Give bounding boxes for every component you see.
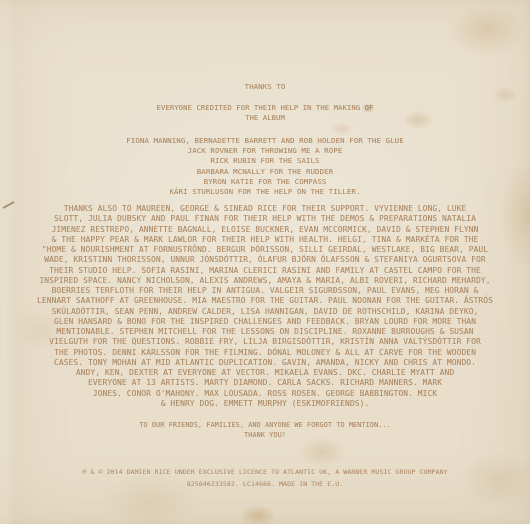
intro-line: THE ALBUM — [0, 113, 530, 123]
closing-line: THANK YOU! — [0, 430, 530, 440]
dedication-block: FIONA MANNING, BERNADETTE BARRETT AND RO… — [0, 136, 530, 197]
closing-block: TO OUR FRIENDS, FAMILIES, AND ANYONE WE … — [0, 420, 530, 440]
thanks-paragraph-line: SKÚLADÓTTIR, SEAN PENN, ANDREW CALDER, L… — [0, 307, 530, 317]
thanks-paragraph-line: JONES. CONOR O'MAHONY. MAX LOUSADA. ROSS… — [0, 389, 530, 399]
thanks-paragraph-line: INSPIRED SPACE. NANCY NICHOLSON, ALEXIS … — [0, 276, 530, 286]
thanks-paragraph-line: BOERRIES TERFLOTH FOR THEIR HELP IN ANTI… — [0, 286, 530, 296]
thanks-paragraph-line: THE PHOTOS. DENNI KARLSSON FOR THE FILMI… — [0, 348, 530, 358]
thanks-paragraph-line: GLEN HANSARD & BONO FOR THE INSPIRED CHA… — [0, 317, 530, 327]
thanks-heading: THANKS TO — [0, 82, 530, 92]
thanks-paragraph: THANKS ALSO TO MAUREEN, GEORGE & SINEAD … — [0, 204, 530, 409]
intro-line: EVERYONE CREDITED FOR THEIR HELP IN THE … — [0, 103, 530, 113]
thanks-paragraph-line: LENNART SAATHOFF AT GREENHOUSE. MIA MAES… — [0, 296, 530, 306]
dedication-line: FIONA MANNING, BERNADETTE BARRETT AND RO… — [0, 136, 530, 146]
thanks-paragraph-line: VIELGUTH FOR THE QUESTIONS. ROBBIE FRY, … — [0, 337, 530, 347]
dedication-line: BARBARA MCNALLY FOR THE RUDDER — [0, 167, 530, 177]
thanks-paragraph-line: SLOTT, JULIA DUBSKY AND PAUL FINAN FOR T… — [0, 214, 530, 224]
fineprint-line: ℗ & © 2014 DAMIEN RICE UNDER EXCLUSIVE L… — [0, 467, 530, 479]
thanks-paragraph-line: WADE, KRISTINN THORISSON, UNNUR JÓNSDÓTT… — [0, 255, 530, 265]
thanks-paragraph-line: & THE HAPPY PEAR & MARK LAWLOR FOR THEIR… — [0, 235, 530, 245]
dedication-line: RICK RUBIN FOR THE SAILS — [0, 156, 530, 166]
fineprint-block: ℗ & © 2014 DAMIEN RICE UNDER EXCLUSIVE L… — [0, 467, 530, 490]
dedication-line: KÁRI STURLUSON FOR THE HELP ON THE TILLE… — [0, 187, 530, 197]
thanks-paragraph-line: ANDY, KEN, DEXTER AT EVERYONE AT VECTOR.… — [0, 368, 530, 378]
liner-notes-page: THANKS TO EVERYONE CREDITED FOR THEIR HE… — [0, 0, 530, 524]
dedication-line: BYRON KATIE FOR THE COMPASS — [0, 177, 530, 187]
thanks-paragraph-line: "HOME & NOURISHMENT AT FORNUSTRÖND. BERG… — [0, 245, 530, 255]
thanks-paragraph-line: JIMENEZ RESTREPO, ANNETTE BAGNALL, ELOIS… — [0, 225, 530, 235]
thanks-paragraph-line: THANKS ALSO TO MAUREEN, GEORGE & SINEAD … — [0, 204, 530, 214]
thanks-paragraph-line: THEIR STUDIO HELP. SOFIA RASINI, MARINA … — [0, 266, 530, 276]
thanks-paragraph-line: & HENRY DOG. EMMETT MURPHY (ESKIMOFRIEND… — [0, 399, 530, 409]
thanks-paragraph-line: EVERYONE AT 13 ARTISTS. MARTY DIAMOND. C… — [0, 378, 530, 388]
closing-line: TO OUR FRIENDS, FAMILIES, AND ANYONE WE … — [0, 420, 530, 430]
thanks-paragraph-line: CASES. TONY MOHAN AT MID ATLANTIC DUPLIC… — [0, 358, 530, 368]
fineprint-line: 825646233582. LC14666. MADE IN THE E.U. — [0, 479, 530, 491]
dedication-line: JACK ROVNER FOR THROWING ME A ROPE — [0, 146, 530, 156]
intro-block: EVERYONE CREDITED FOR THEIR HELP IN THE … — [0, 103, 530, 122]
thanks-paragraph-line: MENTIONABLE. STEPHEN MITCHELL FOR THE LE… — [0, 327, 530, 337]
